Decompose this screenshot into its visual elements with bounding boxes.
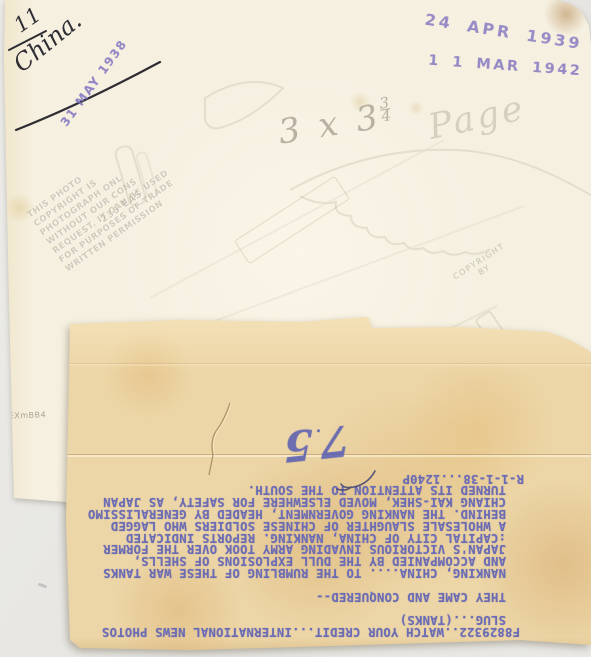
- caption-line: R-1-1-38...1240P: [68, 472, 524, 484]
- pen-scribble: [323, 463, 383, 498]
- caption-line: AND ACCOMPANIED BY THE DULL EXPLOSIONS O…: [68, 554, 506, 566]
- handwritten-number-75: 75: [276, 433, 350, 453]
- caption-line: BEHIND. THE NANKING GOVERNMENT, HEADED B…: [68, 507, 506, 519]
- scanned-press-photo-back: THIS PHOTO COPYRIGHT IS PHOTOGRAPH ONL W…: [0, 0, 591, 657]
- caption-line: SLUG...(TANKS): [68, 613, 506, 625]
- caption-sheet: F8829322..WATCH YOUR CREDIT...INTERNATIO…: [58, 315, 591, 657]
- caption-sheet-surface: F8829322..WATCH YOUR CREDIT...INTERNATIO…: [58, 315, 591, 657]
- scanner-bed-mark: [38, 583, 47, 589]
- caption-line: THEY CAME AND CONQUERED--: [68, 590, 506, 602]
- caption-line: CHIANG KAI-SHEK, MOVED ELSEWHERE FOR SAF…: [68, 495, 506, 507]
- pencil-accession-code: KEXmBB4: [3, 410, 46, 421]
